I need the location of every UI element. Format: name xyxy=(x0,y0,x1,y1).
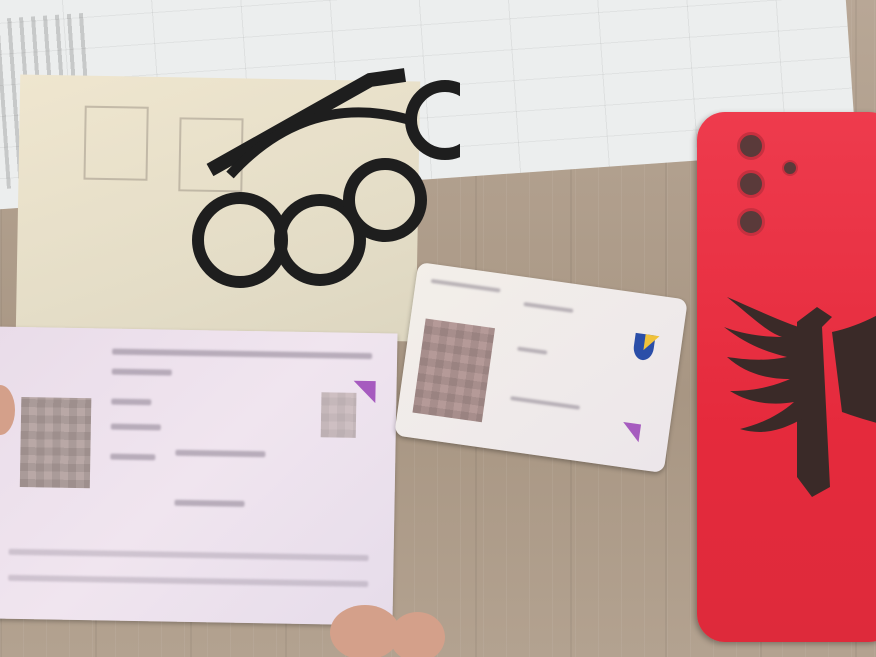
blurred-text xyxy=(110,454,155,461)
camera-cutout xyxy=(737,170,765,198)
finger xyxy=(390,612,445,657)
blurred-photo xyxy=(20,397,92,488)
phone-case xyxy=(697,112,876,642)
stamp-mark xyxy=(83,106,148,181)
blurred-text xyxy=(517,347,547,355)
passport-data-page xyxy=(0,326,398,625)
blurred-text xyxy=(175,450,265,458)
blurred-text xyxy=(112,349,372,360)
blurred-text xyxy=(111,424,161,431)
blurred-text xyxy=(523,302,573,313)
purple-triangle-mark xyxy=(621,422,641,442)
blurred-text xyxy=(510,396,580,410)
albanian-eagle-icon xyxy=(722,287,876,497)
blurred-mrz-line xyxy=(8,575,368,587)
bih-flag-yellow xyxy=(643,334,659,352)
flash-cutout xyxy=(782,160,798,176)
blurred-signature xyxy=(174,500,244,507)
blurred-mrz-line xyxy=(9,549,369,561)
blurred-text xyxy=(112,369,172,376)
blurred-photo xyxy=(412,318,495,422)
blurred-ghost-photo xyxy=(321,392,357,438)
camera-cutout xyxy=(737,132,765,160)
knuckle-dusters xyxy=(170,60,460,310)
finger xyxy=(330,605,400,657)
purple-triangle-mark xyxy=(353,381,375,403)
blurred-text xyxy=(111,399,151,406)
camera-cutout xyxy=(737,208,765,236)
